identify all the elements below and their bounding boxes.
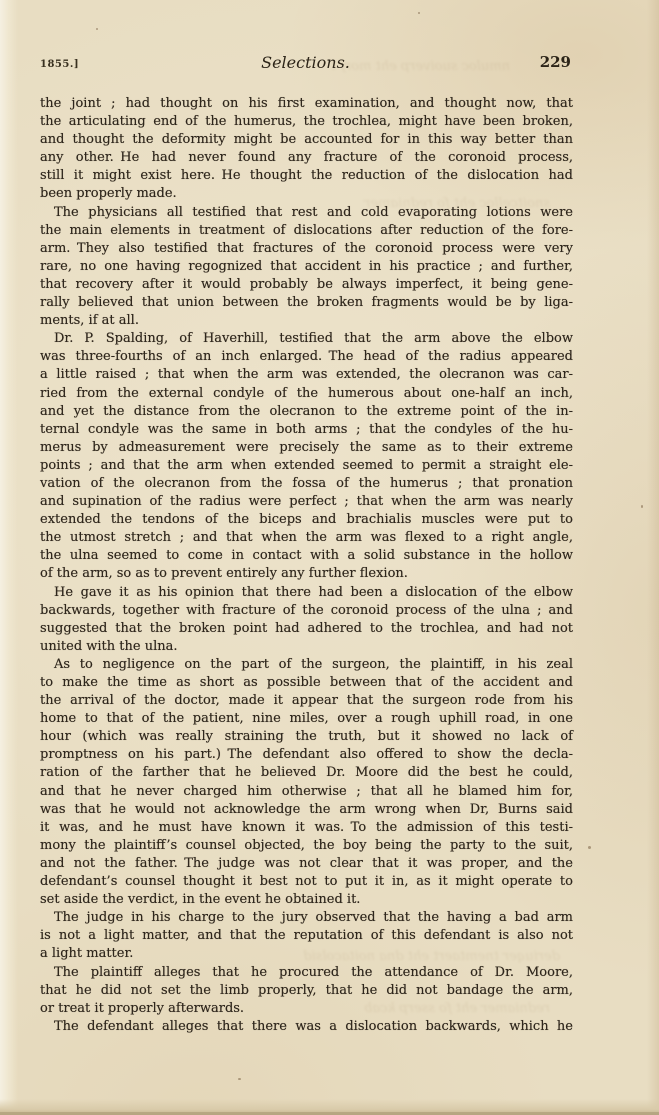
text-line: backwards, together with fracture of the… bbox=[40, 602, 573, 620]
text-line: merus by admeasurement were precisely th… bbox=[40, 439, 573, 457]
text-line: united with the ulna. bbox=[40, 638, 573, 656]
text-line: the main elements in treatment of disloc… bbox=[40, 222, 573, 240]
paragraph: The judge in his charge to the jury obse… bbox=[40, 909, 573, 963]
text-line: hour (which was really straining the tru… bbox=[40, 728, 573, 746]
text-line: suggested that the broken point had adhe… bbox=[40, 620, 573, 638]
running-head: 1855.] Selections. 229 bbox=[40, 53, 571, 71]
text-line: The physicians all testified that rest a… bbox=[40, 204, 573, 222]
running-head-title: Selections. bbox=[40, 53, 571, 72]
paper-speck bbox=[238, 1078, 241, 1080]
text-line: was that he would not acknowledge the ar… bbox=[40, 801, 573, 819]
page-edge-bottom bbox=[0, 1099, 659, 1115]
text-line: still it might exist here. He thought th… bbox=[40, 167, 573, 185]
text-line: ration of the farther that he believed D… bbox=[40, 764, 573, 782]
text-line: The defendant alleges that there was a d… bbox=[40, 1018, 573, 1036]
paper-speck bbox=[641, 505, 643, 508]
page-body: the joint ; had thought on his first exa… bbox=[40, 95, 573, 1036]
paper-speck bbox=[96, 28, 98, 30]
text-line: the ulna seemed to come in contact with … bbox=[40, 547, 573, 565]
text-line: of the arm, so as to prevent entirely an… bbox=[40, 565, 573, 583]
text-line: set aside the verdict, in the event he o… bbox=[40, 891, 573, 909]
text-line: He gave it as his opinion that there had… bbox=[40, 584, 573, 602]
paragraph: The defendant alleges that there was a d… bbox=[40, 1018, 573, 1036]
paragraph: He gave it as his opinion that there had… bbox=[40, 584, 573, 656]
text-line: The judge in his charge to the jury obse… bbox=[40, 909, 573, 927]
text-line: the arrival of the doctor, made it appea… bbox=[40, 692, 573, 710]
text-line: any other. He had never found any fractu… bbox=[40, 149, 573, 167]
text-line: the utmost stretch ; and that when the a… bbox=[40, 529, 573, 547]
text-line: home to that of the patient, nine miles,… bbox=[40, 710, 573, 728]
text-line: points ; and that the arm when extended … bbox=[40, 457, 573, 475]
paragraph: The plaintiff alleges that he procured t… bbox=[40, 964, 573, 1018]
paragraph: the joint ; had thought on his first exa… bbox=[40, 95, 573, 204]
text-line: to make the time as short as possible be… bbox=[40, 674, 573, 692]
paragraph: Dr. P. Spalding, of Haverhill, testified… bbox=[40, 330, 573, 583]
text-line: Dr. P. Spalding, of Haverhill, testified… bbox=[40, 330, 573, 348]
text-line: As to negligence on the part of the surg… bbox=[40, 656, 573, 674]
text-line: mony the plaintiff’s counsel objected, t… bbox=[40, 837, 573, 855]
text-line: ments, if at all. bbox=[40, 312, 573, 330]
text-line: arm. They also testified that fractures … bbox=[40, 240, 573, 258]
book-page: nmuloc suoiverp eht morf tnirp snoitcell… bbox=[0, 0, 659, 1115]
text-line: ternal condyle was the same in both arms… bbox=[40, 421, 573, 439]
text-line: rally believed that union between the br… bbox=[40, 294, 573, 312]
text-line: a little raised ; that when the arm was … bbox=[40, 366, 573, 384]
text-line: and supination of the radius were perfec… bbox=[40, 493, 573, 511]
text-line: and yet the distance from the olecranon … bbox=[40, 403, 573, 421]
paragraph: The physicians all testified that rest a… bbox=[40, 204, 573, 331]
text-line: extended the tendons of the biceps and b… bbox=[40, 511, 573, 529]
text-line: been properly made. bbox=[40, 185, 573, 203]
text-line: and that he never charged him otherwise … bbox=[40, 783, 573, 801]
text-line: a light matter. bbox=[40, 945, 573, 963]
text-line: ried from the external condyle of the hu… bbox=[40, 385, 573, 403]
text-line: was three-fourths of an inch enlarged. T… bbox=[40, 348, 573, 366]
paper-speck bbox=[418, 12, 420, 14]
text-line: and thought the deformity might be accou… bbox=[40, 131, 573, 149]
text-line: the joint ; had thought on his first exa… bbox=[40, 95, 573, 113]
text-line: The plaintiff alleges that he procured t… bbox=[40, 964, 573, 982]
text-line: it was, and he must have known it was. T… bbox=[40, 819, 573, 837]
text-line: promptness on his part.) The defendant a… bbox=[40, 746, 573, 764]
paper-speck bbox=[588, 846, 591, 849]
text-line: rare, no one having regognized that acci… bbox=[40, 258, 573, 276]
text-line: or treat it properly afterwards. bbox=[40, 1000, 573, 1018]
page-edge-right bbox=[647, 0, 659, 1115]
text-line: that recovery after it would probably be… bbox=[40, 276, 573, 294]
page-edge-left bbox=[0, 0, 18, 1115]
text-line: the articulating end of the humerus, the… bbox=[40, 113, 573, 131]
text-line: defendant’s counsel thought it best not … bbox=[40, 873, 573, 891]
text-line: and not the father. The judge was not cl… bbox=[40, 855, 573, 873]
text-line: is not a light matter, and that the repu… bbox=[40, 927, 573, 945]
text-line: vation of the olecranon from the fossa o… bbox=[40, 475, 573, 493]
paragraph: As to negligence on the part of the surg… bbox=[40, 656, 573, 909]
text-line: that he did not set the limb properly, t… bbox=[40, 982, 573, 1000]
